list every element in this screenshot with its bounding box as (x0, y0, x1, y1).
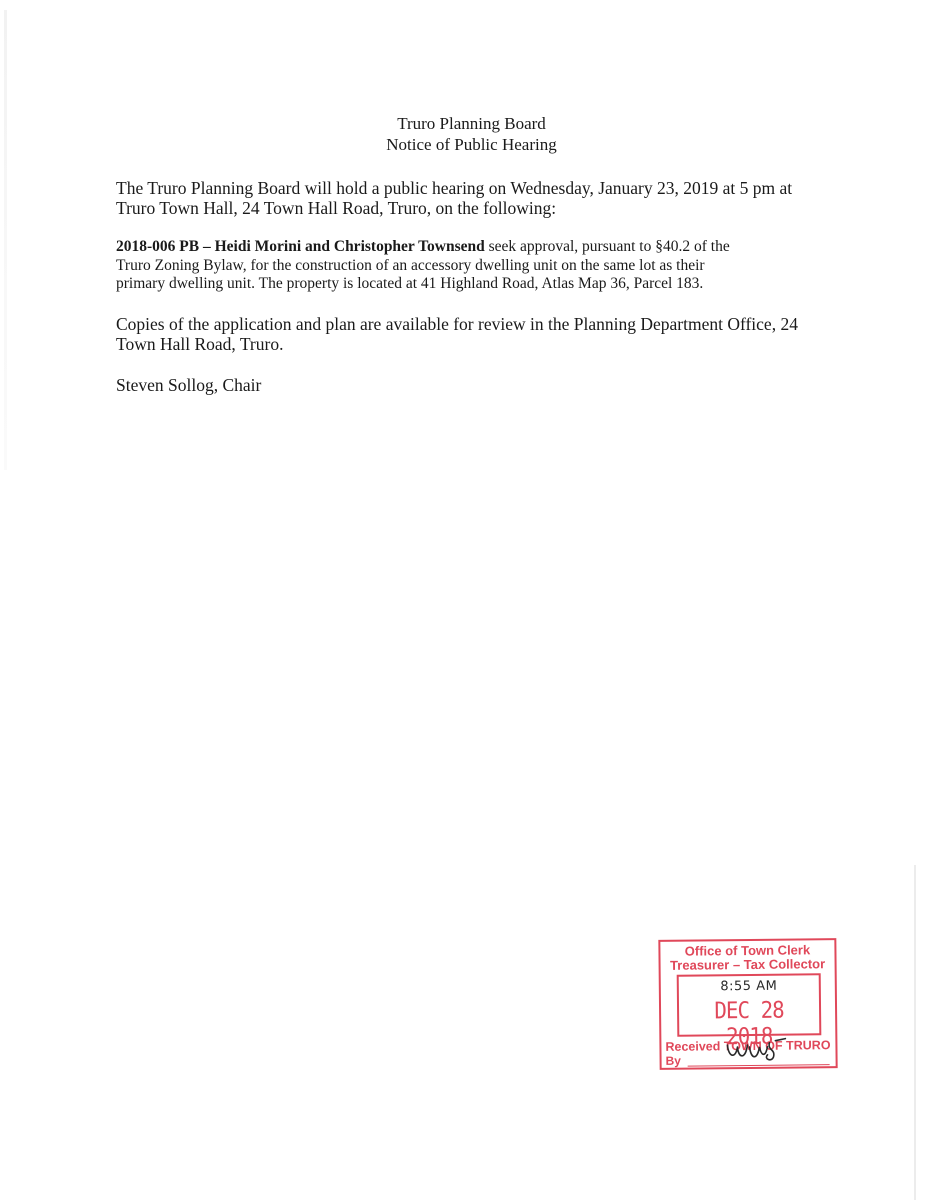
handwritten-initials-icon (723, 1035, 793, 1066)
stamp-by-label: By (666, 1054, 681, 1068)
copies-line-2: Town Hall Road, Truro. (116, 334, 836, 354)
case-line-1: 2018-006 PB – Heidi Morini and Christoph… (116, 238, 836, 257)
stamp-date-box: 8:55 AM DEC 28 2018 (677, 973, 822, 1037)
scan-edge-artifact-right (914, 865, 916, 1200)
case-line-1-rest: seek approval, pursuant to §40.2 of the (485, 238, 730, 255)
case-line-2: Truro Zoning Bylaw, for the construction… (116, 257, 836, 276)
stamp-title-line-2: Treasurer – Tax Collector (661, 957, 835, 973)
notice-title-heading: Notice of Public Hearing (0, 134, 927, 155)
signature-line: Steven Sollog, Chair (116, 375, 836, 395)
case-paragraph: 2018-006 PB – Heidi Morini and Christoph… (116, 238, 836, 294)
stamp-time: 8:55 AM (679, 978, 819, 994)
case-line-3: primary dwelling unit. The property is l… (116, 275, 836, 294)
scan-edge-artifact-left (4, 10, 7, 470)
case-id-applicants: 2018-006 PB – Heidi Morini and Christoph… (116, 238, 485, 255)
received-stamp: Office of Town Clerk Treasurer – Tax Col… (658, 938, 837, 1070)
intro-paragraph: The Truro Planning Board will hold a pub… (116, 178, 836, 218)
copies-line-1: Copies of the application and plan are a… (116, 314, 836, 334)
intro-line-1: The Truro Planning Board will hold a pub… (116, 178, 836, 198)
copies-paragraph: Copies of the application and plan are a… (116, 314, 836, 354)
board-name-heading: Truro Planning Board (0, 113, 927, 134)
intro-line-2: Truro Town Hall, 24 Town Hall Road, Trur… (116, 198, 836, 218)
